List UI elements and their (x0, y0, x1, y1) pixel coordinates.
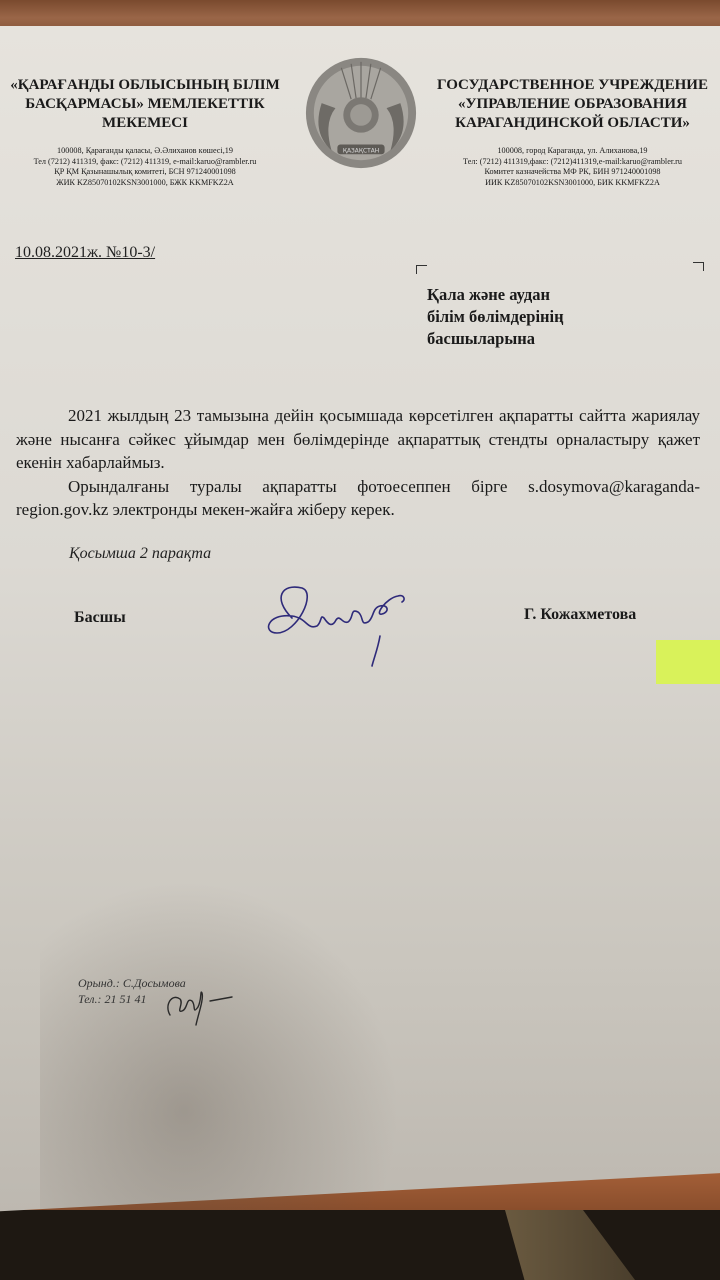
recipient-line: білім бөлімдерінің (427, 306, 564, 328)
document-reference: 10.08.2021ж. №10-3/ (15, 244, 155, 262)
header-kazakh: «ҚАРАҒАНДЫ ОБЛЫСЫНЫҢ БІЛІМ БАСҚАРМАСЫ» М… (10, 76, 280, 188)
table-surface-top (0, 0, 720, 30)
org-title-line: «УПРАВЛЕНИЕ ОБРАЗОВАНИЯ (458, 96, 687, 112)
svg-text:ҚАЗАҚСТАН: ҚАЗАҚСТАН (343, 148, 379, 154)
state-emblem-icon: ҚАЗАҚСТАН (302, 54, 420, 172)
body-paragraph: 2021 жылдың 23 тамызына дейін қосымшада … (16, 404, 700, 475)
recipient-block: Қала және аудан білім бөлімдерінің басшы… (427, 284, 564, 350)
sticky-note (656, 640, 720, 684)
letter-body: 2021 жылдың 23 тамызына дейін қосымшада … (16, 404, 700, 522)
org-title-line: ГОСУДАРСТВЕННОЕ УЧРЕЖДЕНИЕ (437, 77, 708, 93)
org-details-ru: 100008, город Караганда, ул. Алиханова,1… (435, 146, 710, 188)
org-title-line: КАРАГАНДИНСКОЙ ОБЛАСТИ» (455, 115, 690, 131)
signatory-role: Басшы (74, 609, 126, 627)
org-bin: ҚР ҚМ Қазынашылық комитеті, БСН 97124000… (10, 167, 280, 178)
org-bin: Комитет казначейства МФ РК, БИН 97124000… (435, 167, 710, 178)
org-title-line: БАСҚАРМАСЫ» МЕМЛЕКЕТТІК (25, 96, 264, 112)
page-shadow (40, 880, 400, 1210)
body-paragraph: Орындалғаны туралы ақпаратты фотоесеппен… (16, 475, 700, 522)
org-title-line: МЕКЕМЕСІ (102, 115, 188, 131)
org-bank: ЖИК KZ85070102KSN3001000, БЖК KKMFKZ2A (10, 178, 280, 189)
executor-signature-icon (162, 985, 242, 1030)
recipient-line: басшыларына (427, 328, 564, 350)
signature-icon (262, 578, 422, 673)
org-contacts: Тел (7212) 411319, факс: (7212) 411319, … (10, 157, 280, 168)
address-corner-mark-left (416, 265, 427, 274)
org-bank: ИИК KZ85070102KSN3001000, БИК KKMFKZ2A (435, 178, 710, 189)
signatory-name: Г. Кожахметова (524, 606, 636, 624)
org-title-ru: ГОСУДАРСТВЕННОЕ УЧРЕЖДЕНИЕ «УПРАВЛЕНИЕ О… (435, 76, 710, 133)
org-title-kz: «ҚАРАҒАНДЫ ОБЛЫСЫНЫҢ БІЛІМ БАСҚАРМАСЫ» М… (10, 76, 280, 133)
org-address: 100008, город Караганда, ул. Алиханова,1… (435, 146, 710, 157)
org-title-line: «ҚАРАҒАНДЫ ОБЛЫСЫНЫҢ БІЛІМ (10, 77, 280, 93)
attachment-note: Қосымша 2 парақта (69, 545, 211, 563)
address-corner-mark-right (693, 262, 704, 271)
org-address: 100008, Қарағанды қаласы, Ә.Әлиханов көш… (10, 146, 280, 157)
org-contacts: Тел: (7212) 411319,факс: (7212)411319,e-… (435, 157, 710, 168)
recipient-line: Қала және аудан (427, 284, 564, 306)
header-russian: ГОСУДАРСТВЕННОЕ УЧРЕЖДЕНИЕ «УПРАВЛЕНИЕ О… (435, 76, 710, 188)
org-details-kz: 100008, Қарағанды қаласы, Ә.Әлиханов көш… (10, 146, 280, 188)
